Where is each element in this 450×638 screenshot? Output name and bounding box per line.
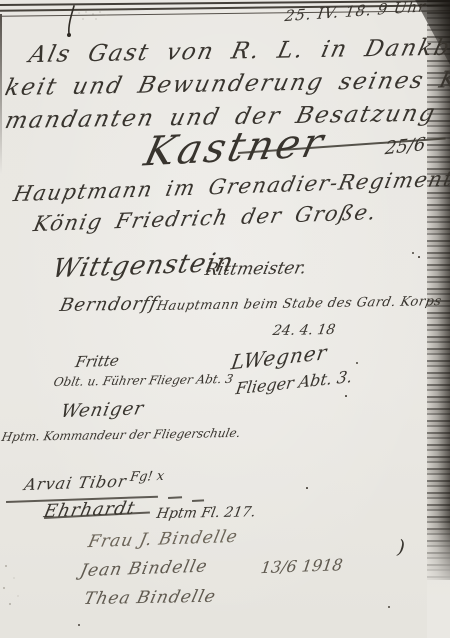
note-tibor: Fg! x bbox=[129, 470, 165, 484]
date-annotation: 25. IV. 18. 9 Uhr bbox=[284, 0, 427, 24]
rank-ehrhardt: Hptm Fl. 217. bbox=[156, 505, 257, 521]
rank-wegner: Flieger Abt. 3. bbox=[235, 369, 354, 398]
ink-speck bbox=[356, 362, 358, 364]
stray-parenthesis-mark: ) bbox=[397, 538, 406, 557]
ink-speck bbox=[78, 624, 80, 626]
signature-weniger: Weniger bbox=[59, 400, 146, 421]
rank-weniger: Hptm. Kommandeur der Fliegerschule. bbox=[1, 427, 242, 443]
dedication-line-2: keit und Bewunderung seines Kom- bbox=[3, 68, 450, 100]
rank-wittgenstein: Rittmeister. bbox=[203, 260, 307, 279]
signature-ehrhardt: Ehrhardt bbox=[42, 500, 137, 521]
bottom-left-smudge bbox=[0, 558, 34, 610]
ink-speck bbox=[412, 252, 414, 254]
signature-tibor: Arvai Tibor bbox=[23, 473, 128, 493]
signature-fritte: Fritte bbox=[74, 353, 120, 370]
signature-bindelle-jean: Jean Bindelle bbox=[78, 559, 209, 581]
signature-wegner: LWegner bbox=[230, 342, 329, 373]
ink-speck bbox=[388, 606, 390, 608]
ink-speck bbox=[418, 256, 420, 258]
dash-after-tibor-2 bbox=[192, 499, 204, 501]
main-signature-rank-line-1: Hauptmann im Grenadier-Regiment bbox=[12, 169, 450, 206]
signature-berndorff: Berndorff bbox=[58, 295, 159, 315]
rank-fritte: Oblt. u. Führer Flieger Abt. 3 bbox=[53, 373, 235, 388]
dedication-line-1: Als Gast von R. L. in Dankbar- bbox=[27, 36, 450, 67]
scanned-guestbook-page: 25. IV. 18. 9 Uhr Als Gast von R. L. in … bbox=[0, 0, 450, 638]
main-signature-rank-line-2: König Friedrich der Große. bbox=[32, 202, 380, 235]
dash-after-tibor bbox=[168, 496, 182, 498]
date-berndorff: 24. 4. 18 bbox=[272, 323, 337, 338]
signature-bindelle-thea: Thea Bindelle bbox=[82, 589, 218, 608]
ink-speck bbox=[306, 487, 308, 489]
rank-berndorff: Hauptmann beim Stabe des Gard. Korps bbox=[155, 295, 442, 313]
date-bindelle-jean: 13/6 1918 bbox=[260, 557, 344, 576]
signature-bindelle-frau: Frau J. Bindelle bbox=[86, 529, 239, 551]
ink-speck bbox=[345, 395, 347, 397]
main-signature-date: 25/6 bbox=[384, 136, 426, 159]
left-edge-line bbox=[0, 14, 2, 174]
right-edge-fade bbox=[427, 520, 450, 638]
